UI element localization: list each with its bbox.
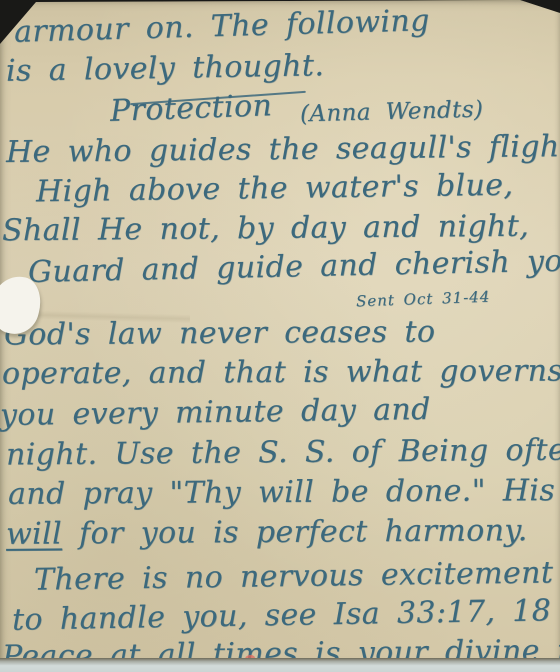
letter-line: night. Use the S. S. of Being often — [6, 433, 560, 473]
poem-line: Guard and guide and cherish you? — [28, 244, 560, 290]
letter-line: There is no nervous excitement — [34, 556, 554, 598]
letter-line: and pray "Thy will be done." His — [8, 474, 555, 512]
letter-paper-sheet: armour on. The following is a lovely tho… — [0, 0, 560, 661]
letter-line: armour on. The following — [14, 4, 431, 50]
poem-line: High above the water's blue, — [36, 169, 514, 210]
letter-line-rest: for you is perfect harmony. — [62, 513, 528, 551]
poem-attribution: (Anna Wendts) — [300, 97, 484, 128]
poem-line: Shall He not, by day and night, — [2, 210, 529, 249]
letter-line: to handle you, see Isa 33:17, 18 — [12, 594, 552, 638]
letter-line: you every minute day and — [0, 393, 431, 434]
letter-line: God's law never ceases to — [4, 315, 436, 353]
letter-line: operate, and that is what governs — [2, 355, 560, 392]
sent-date-note: Sent Oct 31-44 — [356, 289, 491, 311]
scan-edge-strip — [0, 658, 560, 672]
letter-line: is a lovely thought. — [6, 49, 325, 89]
scanned-letter-stage: armour on. The following is a lovely tho… — [0, 0, 560, 672]
letter-line: will for you is perfect harmony. — [6, 514, 528, 552]
poem-line: He who guides the seagull's flight — [6, 130, 560, 170]
underlined-word: will — [6, 516, 62, 551]
